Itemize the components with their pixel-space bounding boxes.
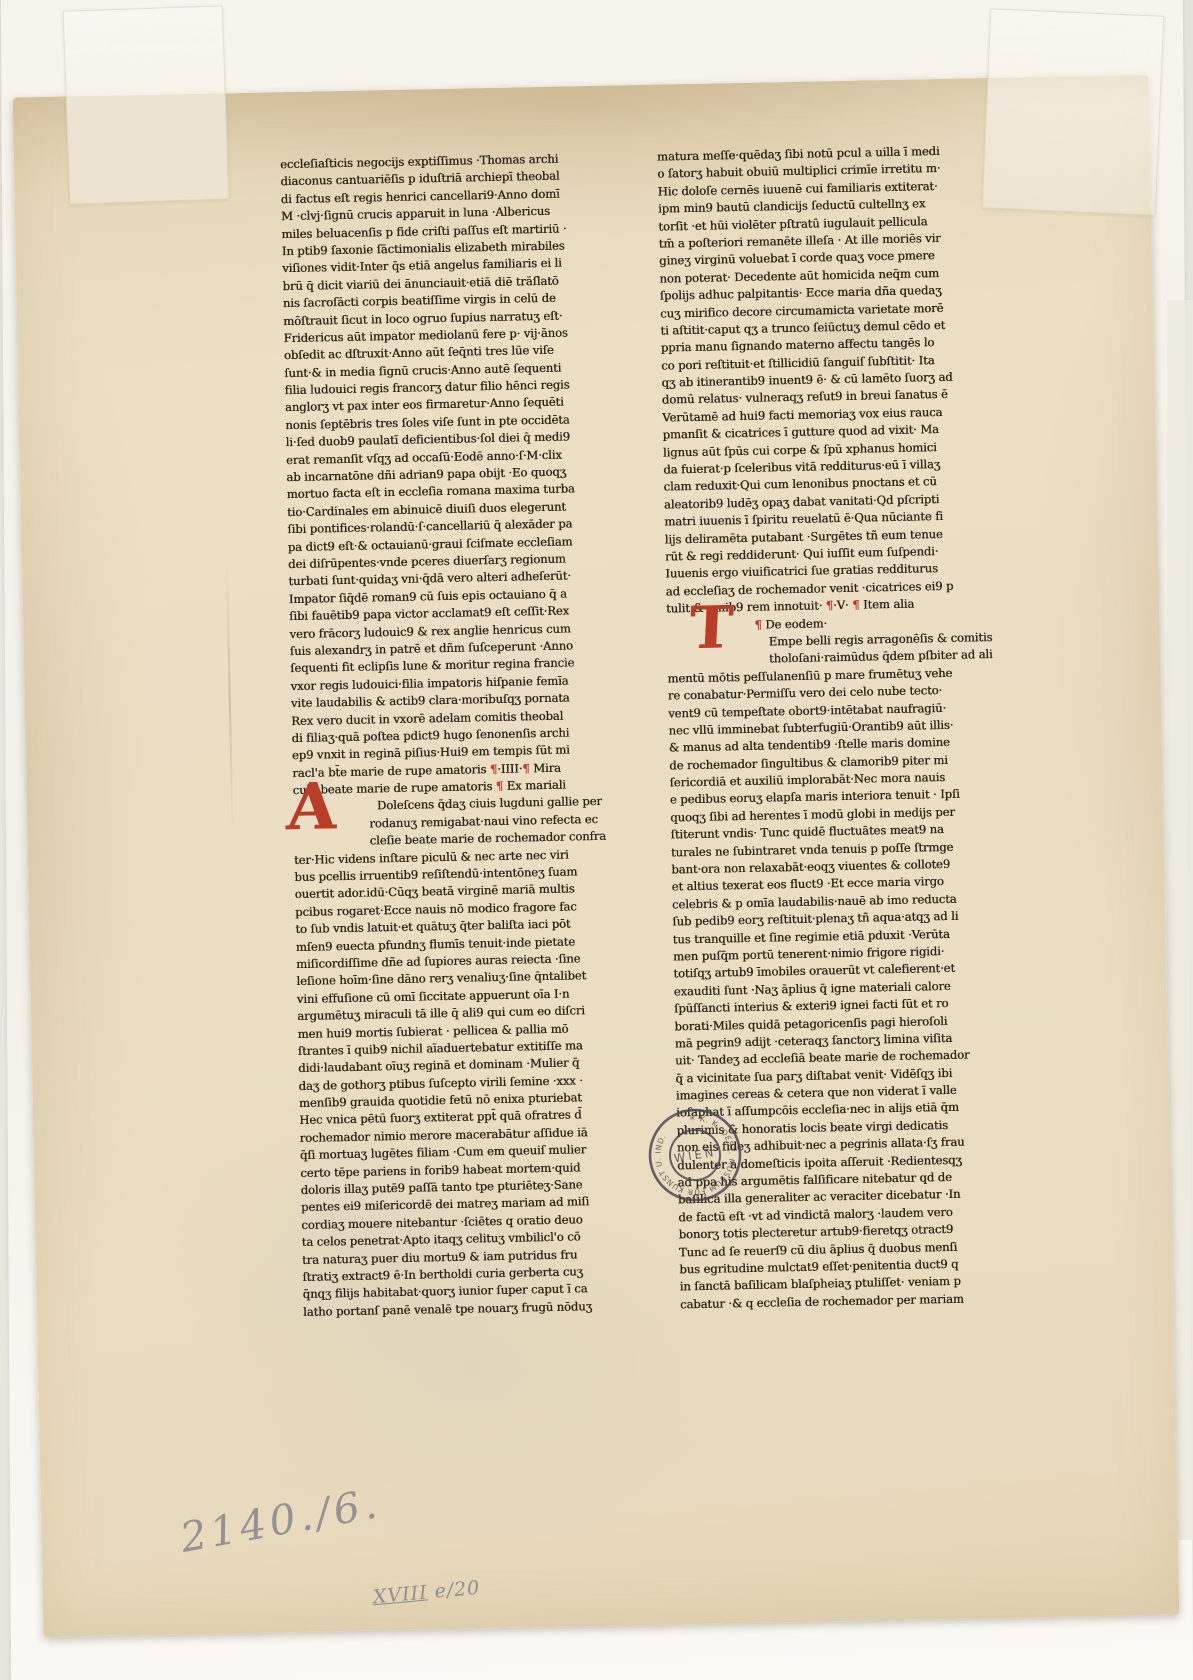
text-column-left: eccleſiaſticis negocijs exptiſſimus ·Tho… [280,149,655,1321]
library-stamp: ✳ K. K. OEST. MUSEUM FÜR KUNST U. IND. W… [639,1099,751,1211]
paper-crease [226,563,233,833]
rubricated-initial-a: A [285,777,338,838]
rubricated-initial-t: T [688,599,734,656]
scan-canvas: eccleſiaſticis negocijs exptiſſimus ·Tho… [0,0,1193,1680]
shelfmark-handwriting: 2140./6. [177,1479,385,1562]
stamp-center-text: WIEN [673,1145,717,1166]
incunabulum-leaf: eccleſiaſticis negocijs exptiſſimus ·Tho… [13,75,1180,1637]
shelfmark-roman-numeral: XVIII [372,1582,429,1609]
tape-top-left [63,5,230,204]
shelfmark-suffix: e/20 [434,1577,482,1603]
shelfmark-handwriting-secondary: XVIII e/20 [372,1577,481,1609]
tape-top-right [982,8,1165,215]
